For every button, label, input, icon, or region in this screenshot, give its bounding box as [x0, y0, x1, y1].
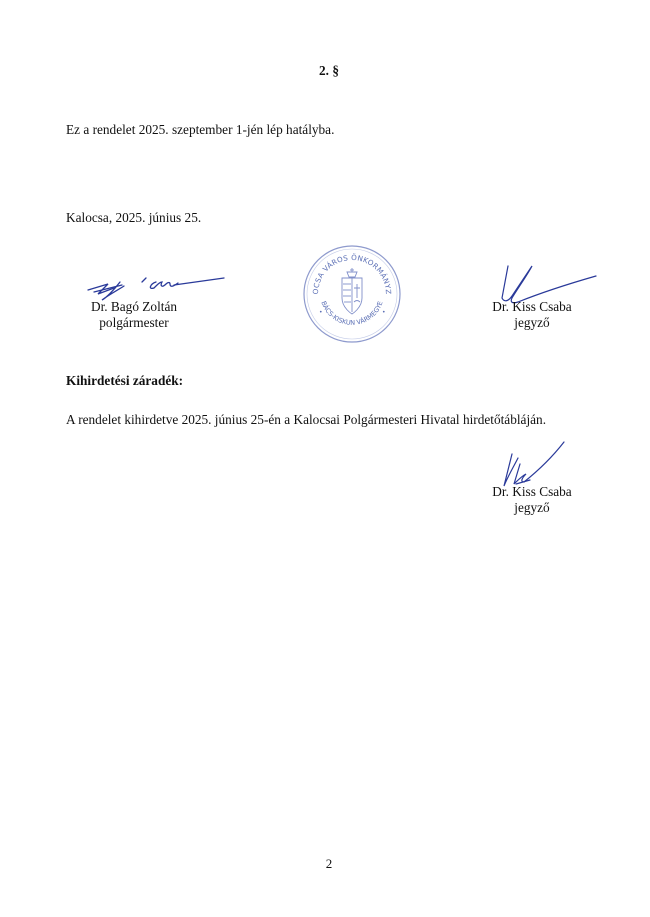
- notary-title: jegyző: [472, 315, 592, 331]
- mayor-name: Dr. Bagó Zoltán: [84, 299, 184, 315]
- place-and-date: Kalocsa, 2025. június 25.: [66, 210, 201, 226]
- promulgation-signature-block: Dr. Kiss Csaba jegyző: [472, 484, 592, 516]
- official-stamp-icon: KALOCSA VÁROS ÖNKORMÁNYZATA BÁCS-KISKUN …: [300, 242, 404, 346]
- promulgation-text: A rendelet kihirdetve 2025. június 25-én…: [66, 412, 546, 428]
- section-heading: 2. §: [0, 63, 650, 79]
- promulgation-heading: Kihirdetési záradék:: [66, 373, 183, 389]
- notary-signature-block: Dr. Kiss Csaba jegyző: [472, 299, 592, 331]
- svg-text:•: •: [382, 309, 386, 316]
- promulgation-signatory-title: jegyző: [472, 500, 592, 516]
- svg-text:KALOCSA VÁROS ÖNKORMÁNYZATA: KALOCSA VÁROS ÖNKORMÁNYZATA: [300, 242, 393, 295]
- promulgation-signatory-name: Dr. Kiss Csaba: [472, 484, 592, 500]
- coat-of-arms-icon: [342, 268, 362, 314]
- svg-text:•: •: [319, 309, 323, 316]
- mayor-title: polgármester: [84, 315, 184, 331]
- page-number: 2: [0, 856, 650, 872]
- mayor-signature-block: Dr. Bagó Zoltán polgármester: [84, 299, 184, 331]
- effective-clause: Ez a rendelet 2025. szeptember 1-jén lép…: [66, 122, 334, 138]
- notary-name: Dr. Kiss Csaba: [472, 299, 592, 315]
